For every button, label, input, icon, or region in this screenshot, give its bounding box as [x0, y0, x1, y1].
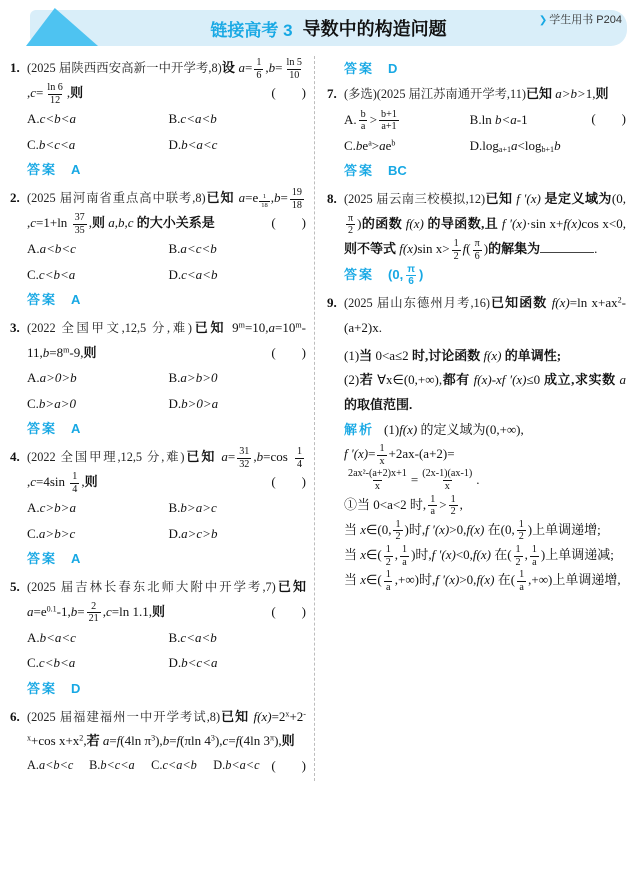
text-segment: b [391, 138, 395, 147]
problem-6: 6.(2025 届福建福州一中开学考试,8)已知 f(x)=2x+2-x+cos… [10, 705, 306, 778]
fraction-numerator: π [473, 238, 482, 250]
fraction-denominator: 2 [384, 556, 393, 569]
answer-label: 答案 [344, 163, 374, 178]
text-segment: b+1 [542, 145, 555, 154]
fraction-denominator: 18 [290, 199, 304, 212]
text-segment: 0.1 [47, 604, 57, 613]
fraction-denominator: 2 [393, 530, 402, 543]
source-citation: (2025 届山东德州月考,16) [344, 296, 490, 310]
problem-number: 5. [10, 575, 20, 600]
paragraph: f ′(x)=1x+2ax-(a+2)= [327, 442, 626, 467]
text-segment: ,+∞)时, [395, 572, 435, 587]
fraction: b+1a+1 [379, 109, 399, 133]
fraction: π6 [473, 238, 482, 262]
analysis-paragraph: 解析(1)f(x) 的定义域为(0,+∞), [327, 418, 626, 443]
text-segment: = [368, 446, 375, 461]
fraction-numerator: 1 [70, 471, 79, 483]
text-segment: b<a<c [181, 137, 217, 152]
fraction-numerator: 37 [73, 212, 87, 224]
text-segment: D.log [470, 138, 499, 153]
answer-row: 答案BC [344, 158, 626, 184]
text-segment: 的解集为 [488, 241, 540, 256]
text-segment: = [275, 60, 282, 75]
choice-bracket: ( ) [271, 211, 306, 236]
source-citation: (2025 届福建福州一中开学考试,8) [27, 710, 220, 724]
fraction-numerator: b+1 [379, 109, 399, 121]
text-segment: A [71, 292, 80, 307]
text-segment: 已知 [185, 449, 222, 464]
text-segment: f ′(x) [502, 216, 527, 231]
text-segment: +cos x+x [31, 733, 79, 748]
text-segment: f ′(x) [344, 446, 368, 461]
problem-2: 2.(2025 届河南省重点高中联考,8)已知 a=e118,b=1918,c=… [10, 186, 306, 313]
text-segment: 若 [359, 372, 377, 387]
text-segment: a>b>0 [180, 370, 217, 385]
text-segment: sin x> [417, 241, 449, 256]
text-segment: B. [169, 111, 181, 126]
text-segment: ( [466, 241, 470, 256]
text-segment: cos x<0, [581, 216, 626, 231]
text-segment: D. [169, 655, 182, 670]
fraction: 12 [514, 544, 523, 568]
text-segment: =cos [263, 449, 293, 464]
fraction-denominator: 6 [254, 69, 263, 82]
fraction-denominator: 2 [449, 505, 458, 518]
text-segment: ,+∞)上单调递增, [528, 572, 620, 587]
fraction-denominator: x [373, 480, 382, 493]
answer-row: 答案D [27, 676, 306, 702]
option: A.a<b<c [27, 236, 165, 261]
text-segment: 的取值范围. [344, 397, 412, 412]
header-bar: 链接高考 3 导数中的构造问题 [30, 10, 627, 46]
paragraph: 当 x∈(0,12)时,f ′(x)>0,f(x) 在(0,12)上单调递增; [327, 518, 626, 543]
fraction-numerator: 1 [261, 193, 268, 200]
option: D.loga+1a<logb+1b [470, 133, 592, 158]
option: B.c<a<b [169, 625, 307, 650]
paragraph: (1)当 0<a≤2 时,讨论函数 f(x) 的单调性; [327, 344, 626, 369]
fraction: 12 [517, 519, 526, 543]
text-segment: = [245, 60, 252, 75]
problem-number: 4. [10, 445, 20, 470]
option: C.c<b<a [27, 650, 165, 675]
text-segment: ·sin x+ [526, 216, 563, 231]
fraction-numerator: 1 [384, 544, 393, 556]
fraction: 14 [70, 471, 79, 495]
problem-stem: (2025 届山东德州月考,16)已知函数 f(x)=ln x+ax2-(a+2… [344, 291, 626, 340]
text-segment: a [619, 372, 626, 387]
text-segment: = [228, 733, 235, 748]
text-segment: ∈( [366, 572, 382, 587]
text-segment: f(x) [399, 422, 417, 437]
fraction: 14 [295, 446, 304, 470]
paragraph: 2ax²-(a+2)x+1x=(2x-1)(ax-1)x. [327, 468, 626, 493]
left-column: 1.(2025 届陕西西安高新一中开学考,8)设 a=16,b=ln 510,c… [10, 56, 314, 781]
fraction: 1a [428, 494, 437, 518]
fraction-numerator: ln 6 [45, 82, 64, 94]
options-grid: A.c<b<aB.c<a<bC.b<c<aD.b<a<c [27, 106, 306, 157]
text-segment: b>a>0 [39, 396, 76, 411]
text-segment: A [71, 421, 80, 436]
answer-value: A [71, 551, 80, 566]
option: A.c>b>a [27, 495, 165, 520]
text-segment: b>a>c [180, 500, 216, 515]
source-citation: (2022 全国甲文,12,5 分,难) [27, 321, 192, 335]
text-segment: 则 [152, 604, 165, 619]
option: D.c<a<b [169, 262, 307, 287]
fraction-denominator: 35 [73, 224, 87, 237]
text-segment: (1) [384, 422, 399, 437]
text-segment: 则不等式 [344, 241, 399, 256]
option: D.b<a<c [169, 132, 307, 157]
fraction-numerator: (2x-1)(ax-1) [420, 468, 474, 480]
answer-row: 答案A [27, 157, 306, 183]
option: C.a>b>c [27, 521, 165, 546]
problem-8: 8.(2025 届云南三校模拟,12)已知 f ′(x) 是定义域为(0,π2)… [327, 187, 626, 288]
answer-row: 答案D [344, 56, 626, 82]
answer-block: 答案D [327, 56, 626, 82]
text-segment: -9, [69, 345, 83, 360]
text-segment: a+1 [499, 145, 511, 154]
text-segment: ∀x∈(0,+∞), [377, 372, 442, 387]
text-segment: +2ax-(a+2)= [389, 446, 455, 461]
text-segment: 若 [87, 733, 103, 748]
text-segment: =10 [275, 320, 295, 335]
text-segment: ∈(0, [366, 522, 391, 537]
text-segment: C. [27, 396, 39, 411]
text-segment: B. [169, 241, 181, 256]
text-segment: , [525, 547, 528, 562]
fraction-denominator: a [517, 581, 526, 594]
text-segment: c<b<a [39, 267, 75, 282]
fraction-numerator: 1 [530, 544, 539, 556]
answer-row: 答案A [27, 546, 306, 572]
fraction-denominator: 21 [87, 612, 101, 625]
answer-value: A [71, 421, 80, 436]
text-segment: ), [215, 733, 223, 748]
text-segment: 则 [596, 86, 609, 101]
page-content: 1.(2025 届陕西西安高新一中开学考,8)设 a=16,b=ln 510,c… [0, 52, 634, 781]
text-segment: <log [518, 138, 542, 153]
text-segment: D. [169, 526, 182, 541]
text-segment: )时, [411, 547, 432, 562]
text-segment: (2) [344, 372, 359, 387]
paragraph: 当 x∈(1a,+∞)时,f ′(x)>0,f(x) 在(1a,+∞)上单调递增… [327, 568, 626, 593]
problem-stem: (2025 届河南省重点高中联考,8)已知 a=e118,b=1918,c=1+… [27, 186, 306, 236]
text-segment: f ′(x) [435, 572, 459, 587]
fraction-numerator: 1 [295, 446, 304, 458]
text-segment: f(x)-xf ′(x) [474, 372, 527, 387]
fraction-numerator: π [346, 213, 355, 225]
fraction: 3132 [237, 446, 251, 470]
fraction-denominator: a [428, 505, 437, 518]
text-segment: b [554, 138, 561, 153]
analysis-label: 解析 [344, 422, 374, 437]
text-segment: >0, [459, 572, 476, 587]
text-segment: (0, [388, 267, 403, 282]
text-segment: 则 [70, 85, 83, 100]
problem-stem: (2022 全国甲理,12,5 分,难)已知 a=3132,b=cos 14,c… [27, 445, 306, 495]
text-segment: <0, [456, 547, 473, 562]
text-segment: a,b,c [108, 215, 133, 230]
fraction: ln 612 [45, 82, 64, 106]
text-segment: )时, [405, 522, 426, 537]
text-segment: c<a<b [181, 267, 217, 282]
answer-label: 答案 [27, 421, 57, 436]
text-segment: c<b<a [40, 111, 76, 126]
text-segment: B. [89, 758, 100, 772]
answer-label: 答案 [27, 162, 57, 177]
text-segment: 则 [282, 733, 295, 748]
fraction-denominator: 18 [259, 201, 270, 209]
source-citation: (2025 届吉林长春东北师大附中开学考,7) [27, 580, 276, 594]
text-segment: = [109, 733, 116, 748]
option: C.b<c<a [27, 132, 165, 157]
option: B.c<a<b [169, 106, 307, 131]
option: C.b>a>0 [27, 391, 165, 416]
option: C.bea>aeb [344, 133, 466, 158]
problem-4: 4.(2022 全国甲理,12,5 分,难)已知 a=3132,b=cos 14… [10, 445, 306, 572]
problem-number: 9. [327, 291, 337, 316]
text-segment: B.ln [470, 112, 495, 127]
option: B.b>a>c [169, 495, 307, 520]
text-segment: =2 [272, 709, 286, 724]
choice-bracket: ( ) [271, 470, 306, 495]
text-segment: 在(0, [484, 522, 514, 537]
text-segment: 都有 [442, 372, 474, 387]
text-segment: c<a<b [180, 630, 216, 645]
text-segment: D [388, 61, 397, 76]
text-segment: 已知函数 [490, 295, 552, 310]
book-reference: ❯学生用书 P204 [539, 11, 622, 27]
text-segment: 在( [491, 547, 512, 562]
text-segment: c<a<b [162, 758, 196, 772]
fraction-numerator: 1 [517, 519, 526, 531]
text-segment: A. [27, 630, 40, 645]
fraction: 2ax²-(a+2)x+1x [346, 468, 409, 492]
fraction: 1a [400, 544, 409, 568]
fraction-numerator: 1 [254, 57, 263, 69]
fraction-denominator: 2 [452, 250, 461, 263]
text-segment: (πln 4 [180, 733, 211, 748]
problem-stem: (2025 届云南三校模拟,12)已知 f ′(x) 是定义域为(0,π2)的函… [344, 187, 626, 262]
text-segment: . [594, 241, 597, 256]
fraction: 221 [87, 601, 101, 625]
text-segment: D. [213, 758, 225, 772]
text-segment: c<a<b [180, 111, 216, 126]
fraction-denominator: a [384, 581, 393, 594]
text-segment: a>c>b [181, 526, 217, 541]
answer-value: A [71, 292, 80, 307]
fraction-denominator: 6 [473, 250, 482, 263]
text-segment: ln x+ax [577, 295, 618, 310]
option: B.ln b<a-1 [470, 107, 592, 133]
source-citation: (2025 届陕西西安高新一中开学考,8) [27, 61, 222, 75]
fraction-numerator: 31 [237, 446, 251, 458]
text-segment: b<c<a [39, 137, 75, 152]
fraction-numerator: 1 [377, 443, 386, 455]
text-segment: C. [27, 655, 39, 670]
answer-value: D [71, 681, 80, 696]
answer-value: (0,π6) [388, 267, 423, 282]
text-segment: 0<a≤2 [375, 348, 412, 363]
text-segment: b>0>a [181, 396, 218, 411]
text-segment: =10, [245, 320, 269, 335]
text-segment: ∈( [366, 547, 382, 562]
text-segment: A [71, 551, 80, 566]
text-segment: B. [169, 630, 181, 645]
fraction: 1x [377, 443, 386, 467]
fraction: π2 [346, 213, 355, 237]
problem-number: 7. [327, 82, 337, 107]
text-segment: A. [27, 111, 40, 126]
text-segment: C. [344, 138, 356, 153]
fraction-denominator: 2 [514, 556, 523, 569]
choice-bracket: ( ) [591, 107, 626, 132]
answer-value: BC [388, 163, 407, 178]
text-segment: f(x) [563, 216, 581, 231]
text-segment: a<b<c [40, 241, 76, 256]
text-segment: ), [155, 733, 163, 748]
problem-7: 7.(多选)(2025 届江苏南通开学考,11)已知 a>b>1,则( )A.b… [327, 82, 626, 184]
text-segment: 当 [359, 348, 375, 363]
option: D.b<a<c [213, 754, 271, 778]
fraction-denominator: 12 [48, 94, 62, 107]
text-segment: (4ln π [120, 733, 151, 748]
text-segment: a<c<b [180, 241, 216, 256]
text-segment: f(x) [399, 241, 417, 256]
text-segment: = [281, 190, 288, 205]
text-segment: =4sin [36, 474, 68, 489]
choice-bracket: ( ) [271, 754, 306, 779]
paragraph: 当 x∈(12,1a)时,f ′(x)<0,f(x) 在(12,1a)上单调递减… [327, 543, 626, 568]
option: A.ba>b+1a+1 [344, 107, 466, 133]
fraction: 3735 [73, 212, 87, 236]
text-segment: f(x) [406, 216, 424, 231]
text-segment: = [169, 733, 176, 748]
text-segment: b<a [495, 112, 517, 127]
text-segment: b<c<a [100, 758, 134, 772]
fraction: (2x-1)(ax-1)x [420, 468, 474, 492]
options-grid: A.a<b<cB.b<c<aC.c<a<bD.b<a<c [27, 754, 271, 778]
options-grid: A.a<b<cB.a<c<bC.c<b<aD.c<a<b [27, 236, 306, 287]
problem-1: 1.(2025 届陕西西安高新一中开学考,8)设 a=16,b=ln 510,c… [10, 56, 306, 183]
right-column: 答案D7.(多选)(2025 届江苏南通开学考,11)已知 a>b>1,则( )… [314, 56, 626, 781]
header-topic-title: 导数中的构造问题 [303, 15, 447, 41]
fraction-denominator: 2 [346, 224, 355, 237]
option: C.c<b<a [27, 262, 165, 287]
source-citation: (2022 全国甲理,12,5 分,难) [27, 450, 185, 464]
text-segment: 的导函数,且 [424, 216, 502, 231]
option: B.a<c<b [169, 236, 307, 261]
text-segment: ), [274, 733, 282, 748]
text-segment: B. [169, 370, 181, 385]
text-segment: 已知 [206, 190, 239, 205]
answer-blank [540, 240, 594, 253]
text-segment: A. [27, 500, 40, 515]
fraction-numerator: ln 5 [285, 57, 304, 69]
options-grid: A.c>b>aB.b>a>cC.a>b>cD.a>c>b [27, 495, 306, 546]
fraction-numerator: 1 [393, 519, 402, 531]
fraction: 12 [384, 544, 393, 568]
text-segment: f(x) [552, 295, 570, 310]
text-segment: f ′(x) [516, 191, 541, 206]
text-segment: -1 [517, 112, 528, 127]
fraction-numerator: 19 [290, 187, 304, 199]
fraction-numerator: π [405, 264, 417, 276]
problem-stem: (2025 届福建福州一中开学考试,8)已知 f(x)=2x+2-x+cos x… [27, 705, 306, 754]
text-segment: +2 [289, 709, 303, 724]
fraction: 1a [530, 544, 539, 568]
option: D.b<c<a [169, 650, 307, 675]
fraction-denominator: x [377, 455, 386, 468]
text-segment: A [71, 162, 80, 177]
text-segment: 已知 [220, 709, 253, 724]
text-segment: C. [27, 137, 39, 152]
arrow-icon: ❯ [539, 15, 547, 26]
fraction-numerator: 1 [384, 569, 393, 581]
fraction: ln 510 [285, 57, 304, 81]
fraction: 12 [452, 238, 461, 262]
text-segment: f ′(x) [432, 547, 456, 562]
text-segment: A. [344, 112, 357, 127]
text-segment: f(x) [466, 522, 484, 537]
fraction-denominator: 10 [287, 69, 301, 82]
text-segment: a<b<c [39, 758, 73, 772]
paragraph: (2)若 ∀x∈(0,+∞),都有 f(x)-xf ′(x)≤0 成立,求实数 … [327, 368, 626, 417]
text-segment: ①当 0<a<2 时, [344, 497, 426, 512]
text-segment: b<c<a [181, 655, 217, 670]
fraction: ba [359, 109, 368, 133]
answer-value: D [388, 61, 397, 76]
text-segment: f(x) [483, 348, 501, 363]
text-segment: a>0>b [40, 370, 77, 385]
text-segment: 的函数 [361, 216, 405, 231]
problem-3: 3.(2022 全国甲文,12,5 分,难)已知 9m=10,a=10m-11,… [10, 316, 306, 442]
text-segment: 已知 [276, 579, 306, 594]
answer-row: 答案A [27, 287, 306, 313]
text-segment: 当 [344, 572, 360, 587]
text-segment: 是定义域为 [541, 191, 612, 206]
option: B.b<c<a [89, 754, 147, 778]
fraction: π6 [405, 264, 417, 288]
text-segment: D. [169, 396, 182, 411]
source-citation: (多选)(2025 届江苏南通开学考,11) [344, 87, 526, 101]
text-segment: , [395, 547, 398, 562]
option: A.a<b<c [27, 754, 85, 778]
fraction-numerator: 1 [449, 494, 458, 506]
source-citation: (2025 届云南三校模拟,12) [344, 192, 485, 206]
text-segment: 的大小关系是 [133, 215, 214, 230]
text-segment: 则 [85, 474, 98, 489]
fraction-numerator: 1 [428, 494, 437, 506]
fraction-numerator: 1 [514, 544, 523, 556]
header-section-title: 链接高考 3 [210, 16, 292, 41]
choice-bracket: ( ) [271, 341, 306, 366]
text-segment: b<a<c [40, 630, 76, 645]
option: C.c<a<b [151, 754, 209, 778]
problem-number: 2. [10, 186, 20, 211]
text-segment: = [36, 85, 43, 100]
text-segment: 在( [494, 572, 515, 587]
options-grid: A.b<a<cB.c<a<bC.c<b<aD.b<c<a [27, 625, 306, 676]
text-segment: f ′(x) [425, 522, 449, 537]
text-segment: = [77, 604, 84, 619]
text-segment: =1+ln [36, 215, 71, 230]
fraction: 1a [384, 569, 393, 593]
text-segment: A. [27, 370, 40, 385]
answer-value: A [71, 162, 80, 177]
text-segment: D [71, 681, 80, 696]
